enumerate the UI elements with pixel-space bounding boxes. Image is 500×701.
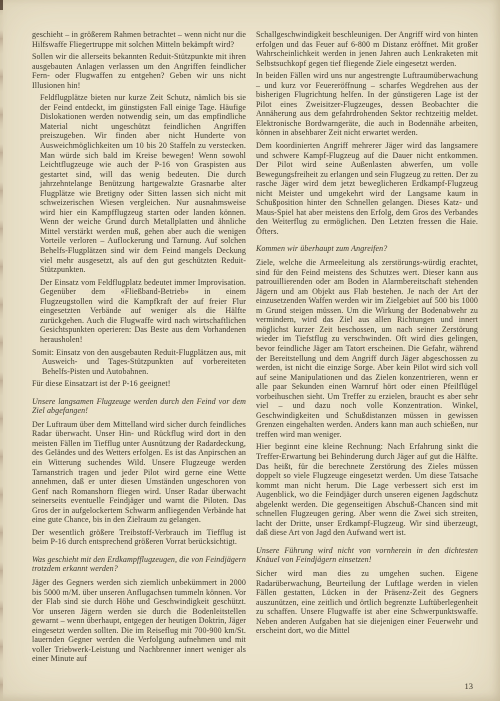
paragraph: Ziele, welche die Armeeleitung als zerst…: [256, 258, 478, 439]
paragraph: In beiden Fällen wird uns nur angestreng…: [256, 71, 478, 138]
paragraph: Jäger des Gegners werden sich ziemlich u…: [32, 578, 246, 664]
two-column-text-area: geschieht – in größerem Rahmen betrachte…: [32, 30, 478, 664]
section-heading: Unsere Führung wird nicht von vornherein…: [256, 546, 478, 565]
paragraph: Hier beginnt eine kleine Rechnung: Nach …: [256, 442, 478, 537]
paragraph: Der wesentlich größere Treibstoff-Verbra…: [32, 528, 246, 547]
paragraph: Für diese Einsatzart ist der P-16 geeign…: [32, 379, 246, 389]
scan-corner-mark: [0, 0, 3, 10]
paragraph: geschieht – in größerem Rahmen betrachte…: [32, 30, 246, 49]
paragraph-indented: Feldflugplätze bieten nur kurze Zeit Sch…: [40, 93, 246, 274]
paragraph: Schallgeschwindigkeit beschleunigen. Der…: [256, 30, 478, 68]
paragraph: Sollen wir die allerseits bekannten Redu…: [32, 52, 246, 90]
section-heading: Was geschieht mit den Erdkampfflugzeugen…: [32, 555, 246, 574]
section-heading: Kommen wir überhaupt zum Angreifen?: [256, 244, 478, 254]
paragraph: Dem koordinierten Angriff mehrerer Jäger…: [256, 141, 478, 236]
paragraph-indented: Der Einsatz vom Feldflugplatz bedeutet i…: [40, 278, 246, 345]
paragraph: Sicher wird man dies zu umgehen suchen. …: [256, 569, 478, 636]
paragraph: Der Luftraum über dem Mittelland wird si…: [32, 420, 246, 525]
section-heading: Unsere langsamen Flugzeuge werden durch …: [32, 397, 246, 416]
text-column-right: Schallgeschwindigkeit beschleunigen. Der…: [256, 30, 478, 664]
paragraph-summary: Somit: Einsatz von den ausgebauten Redui…: [32, 348, 246, 377]
scan-edge-artifact: [0, 0, 3, 701]
page-number: 13: [465, 681, 474, 691]
text-column-left: geschieht – in größerem Rahmen betrachte…: [32, 30, 246, 664]
magazine-page: geschieht – in größerem Rahmen betrachte…: [0, 0, 500, 701]
